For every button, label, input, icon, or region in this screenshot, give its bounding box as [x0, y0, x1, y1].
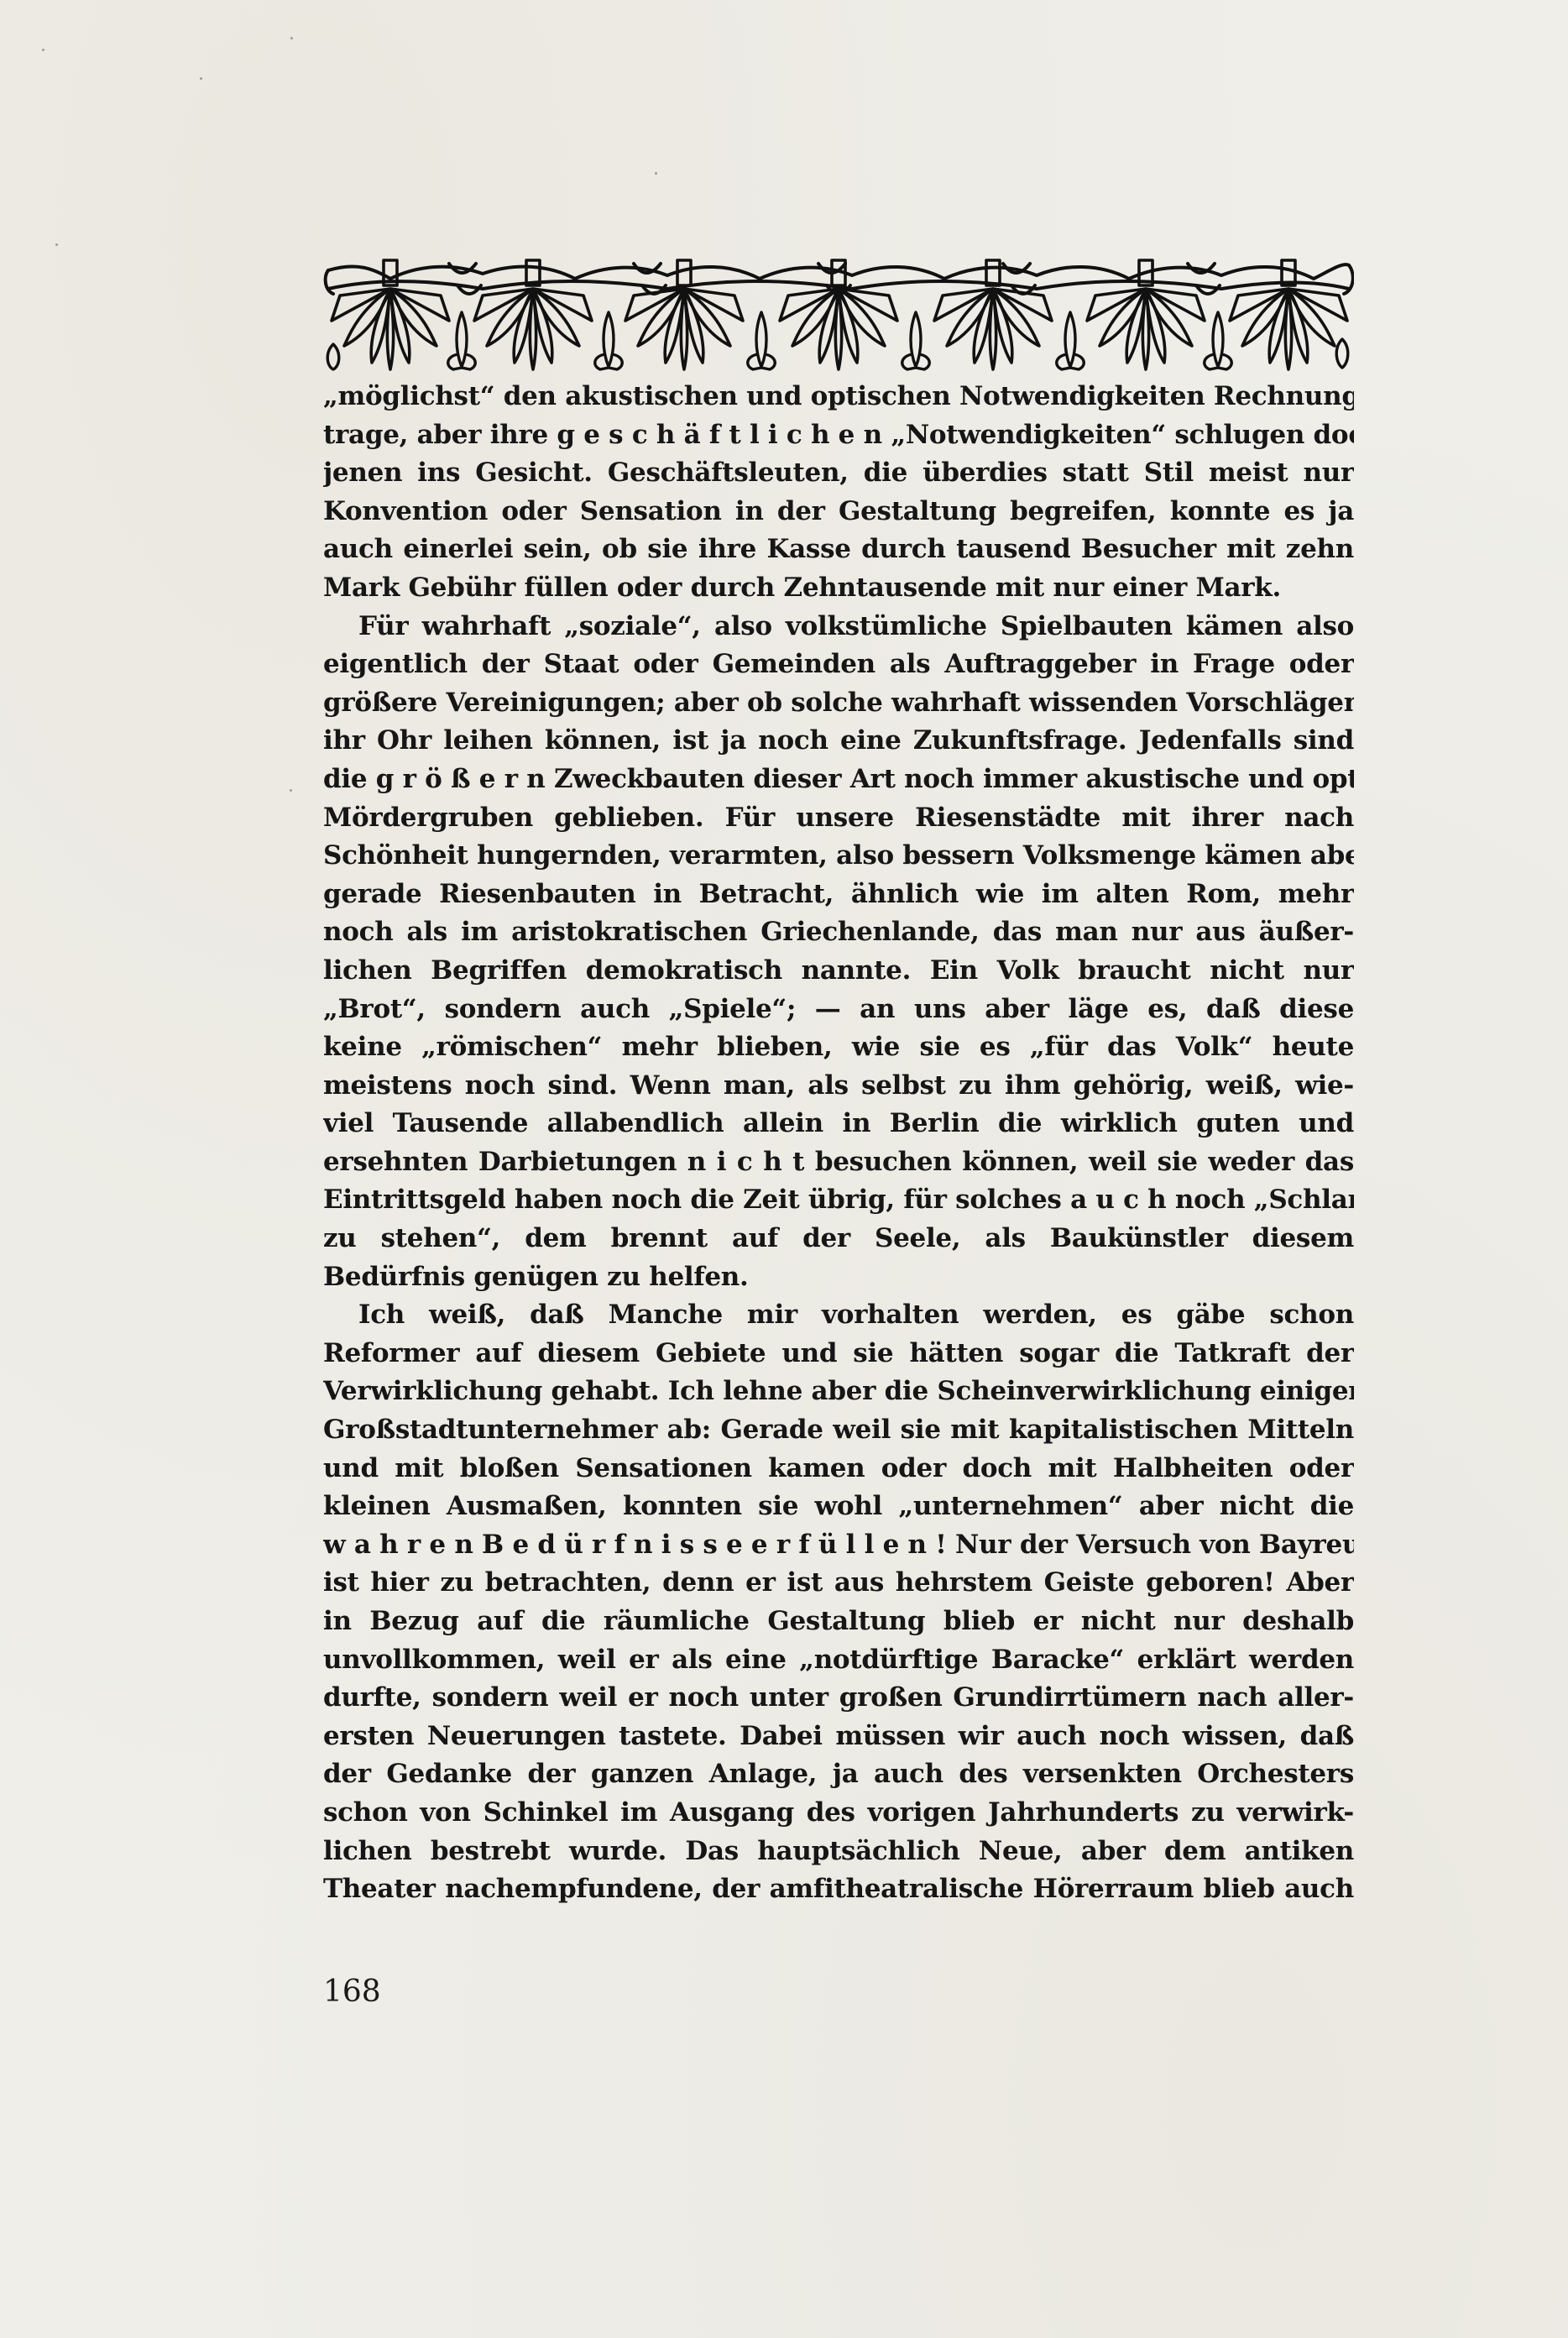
text-line: größere Vereinigungen; aber ob solche wa…	[323, 684, 1354, 723]
text-line: ist hier zu betrachten, denn er ist aus …	[323, 1564, 1354, 1603]
paragraph: Für wahrhaft „soziale“, also volkstümlic…	[323, 608, 1354, 1297]
paper-speck	[655, 172, 657, 175]
paper-speck	[200, 77, 202, 80]
text-line: w a h r e n B e d ü r f n i s s e e r f …	[323, 1526, 1354, 1565]
text-line: und mit bloßen Sensationen kamen oder do…	[323, 1450, 1354, 1488]
text-line: in Bezug auf die räumliche Gestaltung bl…	[323, 1603, 1354, 1641]
paper-speck	[42, 49, 44, 51]
text-line: Für wahrhaft „soziale“, also volkstümlic…	[323, 608, 1354, 646]
paper-speck	[290, 789, 292, 792]
text-line: der Gedanke der ganzen Anlage, ja auch d…	[323, 1755, 1354, 1794]
paragraph: „möglichst“ den akustischen und optische…	[323, 378, 1354, 608]
page-number: 168	[323, 1974, 381, 2009]
text-line: schon von Schinkel im Ausgang des vorige…	[323, 1794, 1354, 1833]
text-line: zu stehen“, dem brennt auf der Seele, al…	[323, 1220, 1354, 1258]
text-line: Großstadtunternehmer ab: Gerade weil sie…	[323, 1411, 1354, 1450]
text-line: „Brot“, sondern auch „Spiele“; — an uns …	[323, 991, 1354, 1029]
text-line: Eintrittsgeld haben noch die Zeit übrig,…	[323, 1181, 1354, 1220]
text-line: eigentlich der Staat oder Gemeinden als …	[323, 646, 1354, 684]
text-line: viel Tausende allabendlich allein in Ber…	[323, 1105, 1354, 1143]
text-line: auch einerlei sein, ob sie ihre Kasse du…	[323, 531, 1354, 569]
text-line: trage, aber ihre g e s c h ä f t l i c h…	[323, 416, 1354, 455]
text-line: kleinen Ausmaßen, konnten sie wohl „unte…	[323, 1488, 1354, 1526]
text-line: Ich weiß, daß Manche mir vorhalten werde…	[323, 1296, 1354, 1335]
text-line: Verwirklichung gehabt. Ich lehne aber di…	[323, 1373, 1354, 1411]
floral-ornament-border	[323, 245, 1354, 371]
text-line: lichen Begriffen demokratisch nannte. Ei…	[323, 952, 1354, 991]
text-line: Mark Gebühr füllen oder durch Zehntausen…	[323, 569, 1354, 608]
paper-speck	[290, 37, 293, 39]
text-line: ersten Neuerungen tastete. Dabei müssen …	[323, 1718, 1354, 1756]
text-line: durfte, sondern weil er noch unter große…	[323, 1679, 1354, 1718]
paragraph: Ich weiß, daß Manche mir vorhalten werde…	[323, 1296, 1354, 1909]
text-line: lichen bestrebt wurde. Das hauptsächlich…	[323, 1833, 1354, 1871]
body-text: „möglichst“ den akustischen und optische…	[323, 378, 1354, 1909]
text-line: gerade Riesenbauten in Betracht, ähnlich…	[323, 876, 1354, 914]
text-line: noch als im aristokratischen Griechenlan…	[323, 913, 1354, 952]
text-line: die g r ö ß e r n Zweckbauten dieser Art…	[323, 761, 1354, 799]
text-line: Theater nachempfundene, der amfitheatral…	[323, 1870, 1354, 1909]
text-line: Schönheit hungernden, verarmten, also be…	[323, 837, 1354, 876]
text-line: Bedürfnis genügen zu helfen.	[323, 1258, 1354, 1297]
text-line: jenen ins Gesicht. Geschäftsleuten, die …	[323, 454, 1354, 493]
text-line: ersehnten Darbietungen n i c h t besuche…	[323, 1143, 1354, 1182]
text-line: keine „römischen“ mehr blieben, wie sie …	[323, 1028, 1354, 1067]
text-line: unvollkommen, weil er als eine „notdürft…	[323, 1641, 1354, 1680]
paper-speck	[55, 243, 58, 246]
text-line: meistens noch sind. Wenn man, als selbst…	[323, 1067, 1354, 1106]
text-line: Reformer auf diesem Gebiete und sie hätt…	[323, 1335, 1354, 1373]
text-line: „möglichst“ den akustischen und optische…	[323, 378, 1354, 416]
book-page: „möglichst“ den akustischen und optische…	[0, 0, 1568, 2338]
text-line: ihr Ohr leihen können, ist ja noch eine …	[323, 722, 1354, 761]
text-line: Mördergruben geblieben. Für unsere Riese…	[323, 799, 1354, 838]
text-line: Konvention oder Sensation in der Gestalt…	[323, 493, 1354, 531]
